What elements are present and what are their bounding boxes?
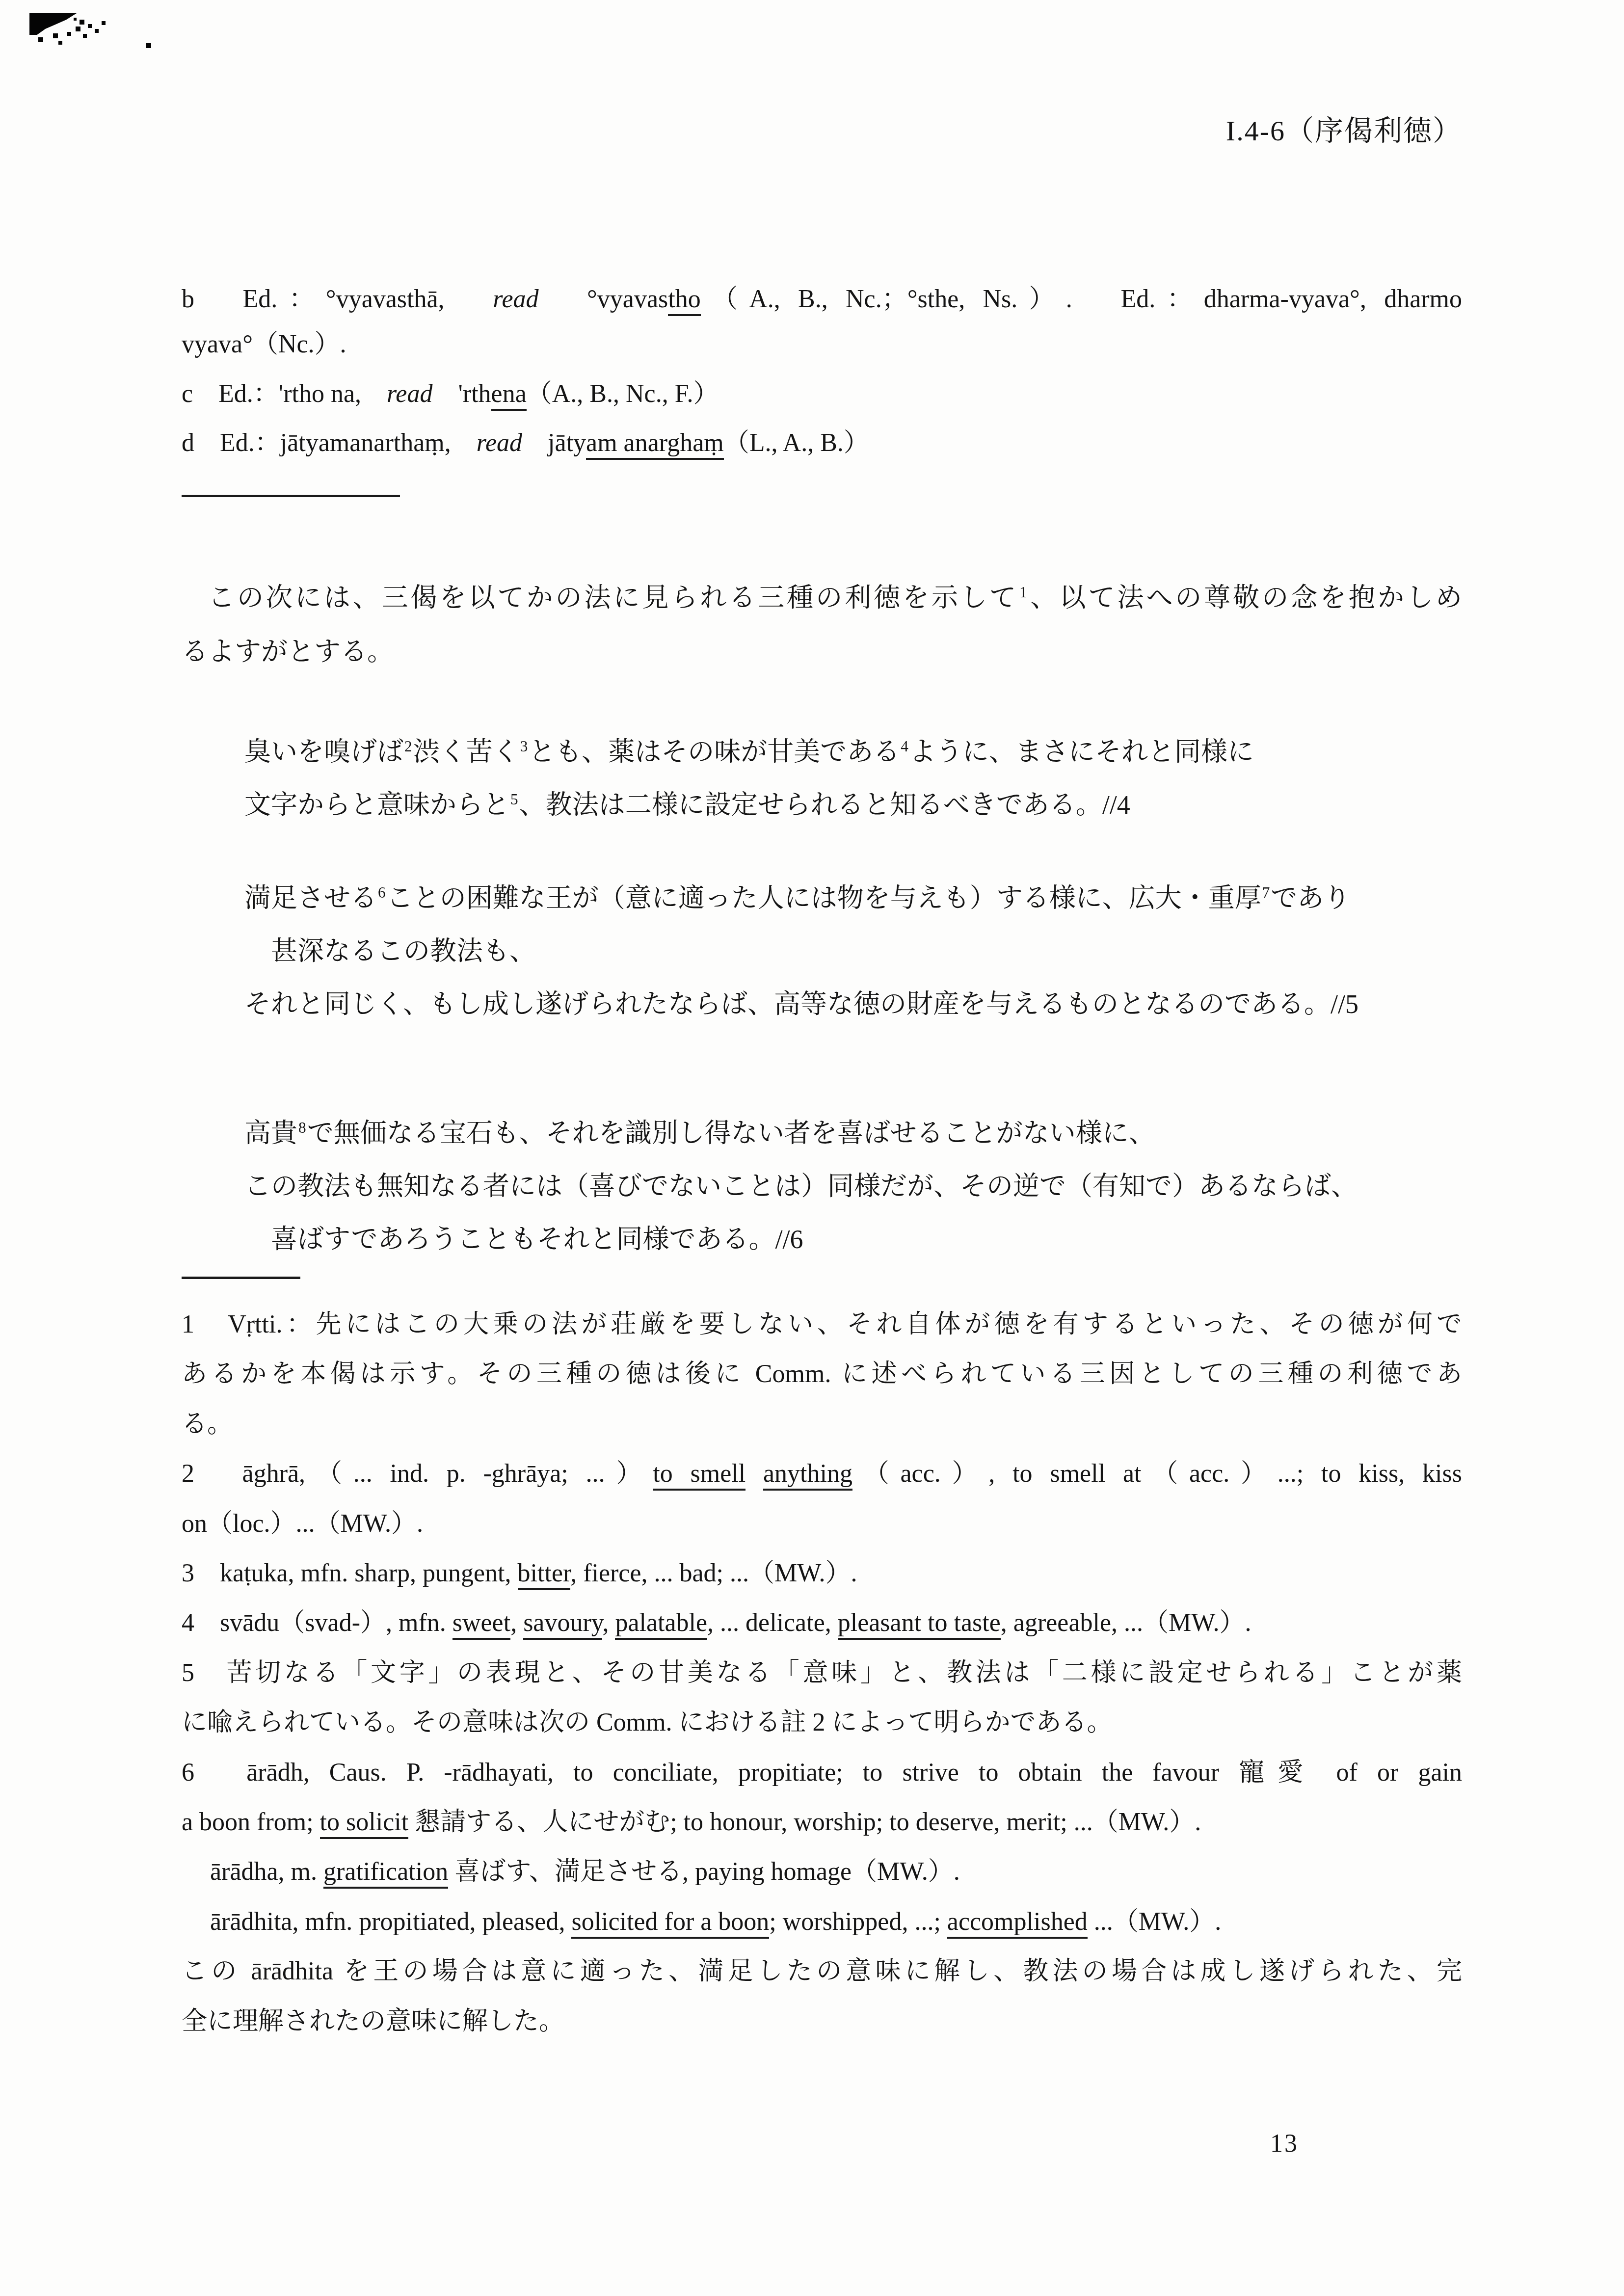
section-divider-rule (182, 495, 400, 497)
section-heading-label: I.4-6（序偈利徳） (1226, 115, 1462, 147)
intro-paragraph: この次には、三偈を以てかの法に見られる三種の利徳を示して1、以て法への尊敬の念を… (182, 571, 1462, 679)
apparatus-entry-b: b Ed.：°vyavasthā, read °vyavastho（A., B.… (182, 277, 1462, 368)
section-heading: I.4-6（序偈利徳） (182, 0, 1462, 148)
verse-4: 臭いを嗅げば2渋く苦く3とも、薬はその味が甘美である4ように、まさにそれと同様に… (244, 725, 1462, 831)
footnote-3: 3 kaṭuka, mfn. sharp, pungent, bitter, f… (182, 1548, 1462, 1598)
footnote-1-line-2: あるかを本偈は示す。その三種の徳は後に Comm. に述べられている三因としての… (182, 1349, 1462, 1399)
verse-5-line-2: 甚深なるこの教法も、 (244, 925, 1462, 978)
page-number: 13 (1270, 2129, 1299, 2158)
intro-line-1: この次には、三偈を以てかの法に見られる三種の利徳を示して1、以て法への尊敬の念を… (182, 571, 1462, 625)
footnote-1-line-3: る。 (182, 1399, 1462, 1449)
footnote-6-line-2: a boon from; to solicit 懇請する、人にせがむ; to h… (182, 1797, 1462, 1847)
footnote-4: 4 svādu（svad-）, mfn. sweet, savoury, pal… (182, 1598, 1462, 1648)
footnote-5-line-1: 5 苦切なる「文字」の表現と、その甘美なる「意味」と、教法は「二様に設定せられる… (182, 1648, 1462, 1698)
footnote-divider-rule (182, 1277, 300, 1279)
footnote-3-line-1: 3 kaṭuka, mfn. sharp, pungent, bitter, f… (182, 1548, 1462, 1598)
footnote-6: 6 ārādh, Caus. P. -rādhayati, to concili… (182, 1748, 1462, 2046)
footnote-2-line-1: 2 āghrā,（... ind. p. -ghrāya; ...）to sme… (182, 1449, 1462, 1498)
scan-artifact-specks (74, 18, 77, 21)
verse-translations: 臭いを嗅げば2渋く苦く3とも、薬はその味が甘美である4ように、まさにそれと同様に… (244, 725, 1462, 1266)
footnote-2-line-2: on（loc.）...（MW.）. (182, 1499, 1462, 1548)
footnote-2: 2 āghrā,（... ind. p. -ghrāya; ...）to sme… (182, 1449, 1462, 1548)
apparatus-entry-d: d Ed.：jātyamanarthaṃ, read jātyam anargh… (182, 421, 1462, 466)
footnote-6-closing-line-1: この ārādhita を王の場合は意に適った、満足したの意味に解し、教法の場合… (182, 1947, 1462, 1996)
apparatus-entry-c: c Ed.：'rtho na, read 'rthena（A., B., Nc.… (182, 372, 1462, 417)
scanned-page: I.4-6（序偈利徳） b Ed.：°vyavasthā, read °vyav… (0, 0, 1624, 2296)
verse-6: 高貴8で無価なる宝石も、それを識別し得ない者を喜ばせることがない様に、 この教法… (244, 1107, 1462, 1266)
footnote-6-aradha-line: ārādha, m. gratification 喜ばす、満足させる, payi… (182, 1847, 1462, 1896)
apparatus-entry-b-line1: b Ed.：°vyavasthā, read °vyavastho（A., B.… (182, 277, 1462, 322)
verse-6-line-2: この教法も無知なる者には（喜びでないことは）同様だが、その逆で（有知で）あるなら… (244, 1160, 1462, 1213)
footnote-6-closing-line-2: 全に理解されたの意味に解した。 (182, 1997, 1462, 2046)
footnote-4-line-1: 4 svādu（svad-）, mfn. sweet, savoury, pal… (182, 1598, 1462, 1648)
verse-5: 満足させる6ことの困難な王が（意に適った人には物を与えも）する様に、広大・重厚7… (244, 872, 1462, 1031)
footnotes: 1 Vṛtti.：先にはこの大乗の法が荘厳を要しない、それ自体が徳を有するといっ… (182, 1300, 1462, 2046)
footnote-1-line-1: 1 Vṛtti.：先にはこの大乗の法が荘厳を要しない、それ自体が徳を有するといっ… (182, 1300, 1462, 1349)
footnote-6-line-1: 6 ārādh, Caus. P. -rādhayati, to concili… (182, 1748, 1462, 1797)
footnote-5: 5 苦切なる「文字」の表現と、その甘美なる「意味」と、教法は「二様に設定せられる… (182, 1648, 1462, 1748)
intro-line-2: るよすがとする。 (182, 625, 1462, 679)
verse-6-line-3: 喜ばすであろうこともそれと同様である。//6 (244, 1213, 1462, 1266)
footnote-6-aradhita-line: ārādhita, mfn. propitiated, pleased, sol… (182, 1897, 1462, 1947)
footnote-1: 1 Vṛtti.：先にはこの大乗の法が荘厳を要しない、それ自体が徳を有するといっ… (182, 1300, 1462, 1449)
apparatus-entry-b-line2: vyava°（Nc.）. (182, 322, 1462, 368)
verse-4-line-1: 臭いを嗅げば2渋く苦く3とも、薬はその味が甘美である4ように、まさにそれと同様に (244, 725, 1462, 778)
critical-apparatus: b Ed.：°vyavasthā, read °vyavastho（A., B.… (182, 277, 1462, 466)
verse-4-line-2: 文字からと意味からと5、教法は二様に設定せられると知るべきである。//4 (244, 778, 1462, 831)
verse-5-line-3: それと同じく、もし成し遂げられたならば、高等な徳の財産を与えるものとなるのである… (244, 978, 1462, 1031)
footnote-5-line-2: に喩えられている。その意味は次の Comm. における註 2 によって明らかであ… (182, 1698, 1462, 1747)
verse-6-line-1: 高貴8で無価なる宝石も、それを識別し得ない者を喜ばせることがない様に、 (244, 1107, 1462, 1160)
page-content: I.4-6（序偈利徳） b Ed.：°vyavasthā, read °vyav… (0, 0, 1624, 2046)
verse-5-line-1: 満足させる6ことの困難な王が（意に適った人には物を与えも）する様に、広大・重厚7… (244, 872, 1462, 925)
